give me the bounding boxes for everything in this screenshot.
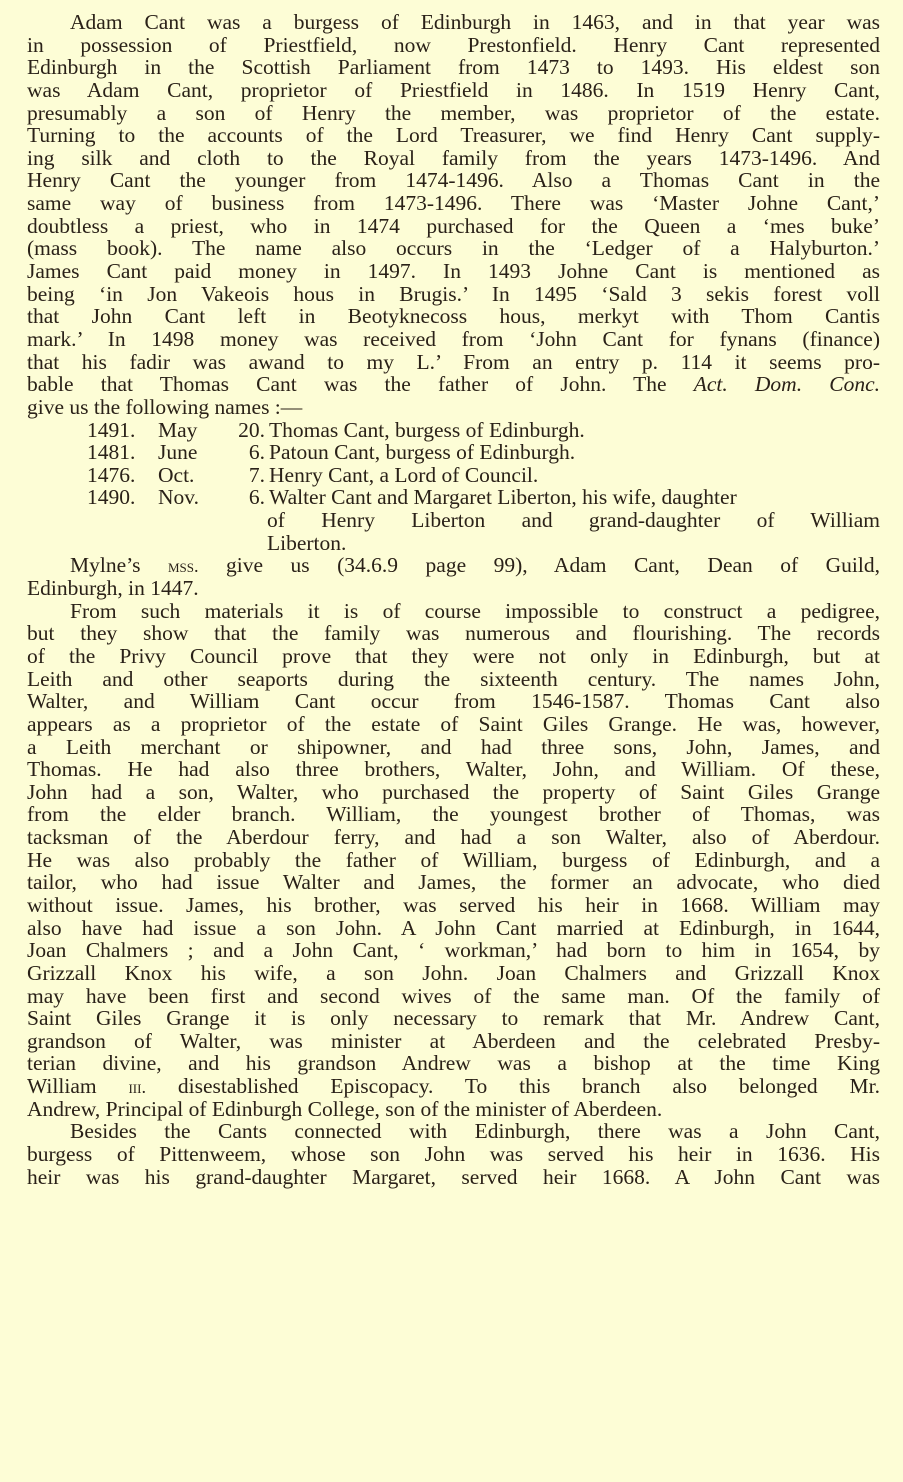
small-caps-abbrev: mss.	[168, 556, 199, 576]
entry-continuation: of Henry Liberton and grand-daughter of …	[27, 509, 880, 532]
entry-text: Walter Cant and Margaret Liberton, his w…	[269, 486, 880, 509]
text-line: was Adam Cant, proprietor of Priestfield…	[27, 79, 880, 102]
text-line: From such materials it is of course impo…	[27, 600, 880, 623]
small-caps-numeral: iii.	[128, 1077, 146, 1097]
list-entry: 1476. Oct. 7. Henry Cant, a Lord of Coun…	[27, 464, 880, 487]
text-line: Henry Cant the younger from 1474-1496. A…	[27, 169, 880, 192]
text-line: burgess of Pittenweem, whose son John wa…	[27, 1143, 880, 1166]
italic-citation: Act. Dom. Conc.	[694, 372, 880, 396]
entry-month: Nov.	[158, 486, 233, 509]
text-line: Andrew, Principal of Edinburgh College, …	[27, 1098, 880, 1121]
names-list: 1491. May 20. Thomas Cant, burgess of Ed…	[27, 419, 880, 555]
entry-continuation: Liberton.	[27, 532, 880, 555]
entry-text: Patoun Cant, burgess of Edinburgh.	[269, 441, 880, 464]
text-segment: give us (34.6.9 page 99), Adam Cant, Dea…	[199, 553, 880, 577]
text-line: tailor, who had issue Walter and James, …	[27, 871, 880, 894]
entry-year: 1481.	[27, 441, 158, 464]
entry-text: Henry Cant, a Lord of Council.	[269, 464, 880, 487]
list-entry: 1481. June 6. Patoun Cant, burgess of Ed…	[27, 441, 880, 464]
text-line: also have had issue a son John. A John C…	[27, 917, 880, 940]
text-segment: Mylne’s	[70, 553, 168, 577]
entry-month: June	[158, 441, 233, 464]
entry-month: May	[158, 419, 233, 442]
text-line: presumably a son of Henry the member, wa…	[27, 102, 880, 125]
entry-day: 6.	[233, 441, 269, 464]
paragraph-1: Adam Cant was a burgess of Edinburgh in …	[27, 11, 880, 419]
entry-day: 7.	[233, 464, 269, 487]
text-line: without issue. James, his brother, was s…	[27, 894, 880, 917]
paragraph-2: Mylne’s mss. give us (34.6.9 page 99), A…	[27, 554, 880, 599]
text-line: that his fadir was awand to my L.’ From …	[27, 351, 880, 374]
text-line: Edinburgh in the Scottish Parliament fro…	[27, 56, 880, 79]
text-line: give us the following names :—	[27, 396, 880, 419]
text-line: a Leith merchant or shipowner, and had t…	[27, 736, 880, 759]
text-line: James Cant paid money in 1497. In 1493 J…	[27, 260, 880, 283]
text-line: Edinburgh, in 1447.	[27, 577, 880, 600]
text-line: Besides the Cants connected with Edinbur…	[27, 1120, 880, 1143]
entry-year: 1476.	[27, 464, 158, 487]
paragraph-3: From such materials it is of course impo…	[27, 600, 880, 1121]
text-line: Walter, and William Cant occur from 1546…	[27, 690, 880, 713]
entry-month: Oct.	[158, 464, 233, 487]
text-line: Saint Giles Grange it is only necessary …	[27, 1007, 880, 1030]
entry-day: 6.	[233, 486, 269, 509]
text-line: Grizzall Knox his wife, a son John. Joan…	[27, 962, 880, 985]
text-line: John had a son, Walter, who purchased th…	[27, 781, 880, 804]
text-segment: disestablished Episcopacy. To this branc…	[146, 1074, 880, 1098]
text-line: being ‘in Jon Vakeois hous in Brugis.’ I…	[27, 283, 880, 306]
text-line: Joan Chalmers ; and a John Cant, ‘ workm…	[27, 939, 880, 962]
text-line: Leith and other seaports during the sixt…	[27, 668, 880, 691]
entry-year: 1491.	[27, 419, 158, 442]
entry-text: Thomas Cant, burgess of Edinburgh.	[269, 419, 880, 442]
text-line: terian divine, and his grandson Andrew w…	[27, 1052, 880, 1075]
text-line: in possession of Priestfield, now Presto…	[27, 34, 880, 57]
text-segment: bable that Thomas Cant was the father of…	[27, 372, 694, 396]
text-line: from the elder branch. William, the youn…	[27, 803, 880, 826]
list-entry: 1490. Nov. 6. Walter Cant and Margaret L…	[27, 486, 880, 509]
text-line: heir was his grand-daughter Margaret, se…	[27, 1166, 880, 1189]
text-line: Turning to the accounts of the Lord Trea…	[27, 124, 880, 147]
text-segment: William	[27, 1074, 128, 1098]
text-line: may have been first and second wives of …	[27, 985, 880, 1008]
text-line: He was also probably the father of Willi…	[27, 849, 880, 872]
text-line: bable that Thomas Cant was the father of…	[27, 373, 880, 396]
paragraph-4: Besides the Cants connected with Edinbur…	[27, 1120, 880, 1188]
entry-day: 20.	[233, 419, 269, 442]
text-line: of the Privy Council prove that they wer…	[27, 645, 880, 668]
text-line: William iii. disestablished Episcopacy. …	[27, 1075, 880, 1098]
text-line: tacksman of the Aberdour ferry, and had …	[27, 826, 880, 849]
text-line: doubtless a priest, who in 1474 purchase…	[27, 215, 880, 238]
text-line: but they show that the family was numero…	[27, 622, 880, 645]
text-line: same way of business from 1473-1496. The…	[27, 192, 880, 215]
text-line: Thomas. He had also three brothers, Walt…	[27, 758, 880, 781]
text-line: grandson of Walter, was minister at Aber…	[27, 1030, 880, 1053]
text-line: ing silk and cloth to the Royal family f…	[27, 147, 880, 170]
text-line: that John Cant left in Beotyknecoss hous…	[27, 305, 880, 328]
text-line: Adam Cant was a burgess of Edinburgh in …	[27, 11, 880, 34]
list-entry: 1491. May 20. Thomas Cant, burgess of Ed…	[27, 419, 880, 442]
text-line: mark.’ In 1498 money was received from ‘…	[27, 328, 880, 351]
text-line: Mylne’s mss. give us (34.6.9 page 99), A…	[27, 554, 880, 577]
document-page: Adam Cant was a burgess of Edinburgh in …	[27, 11, 880, 1188]
text-line: appears as a proprietor of the estate of…	[27, 713, 880, 736]
text-line: (mass book). The name also occurs in the…	[27, 237, 880, 260]
entry-year: 1490.	[27, 486, 158, 509]
